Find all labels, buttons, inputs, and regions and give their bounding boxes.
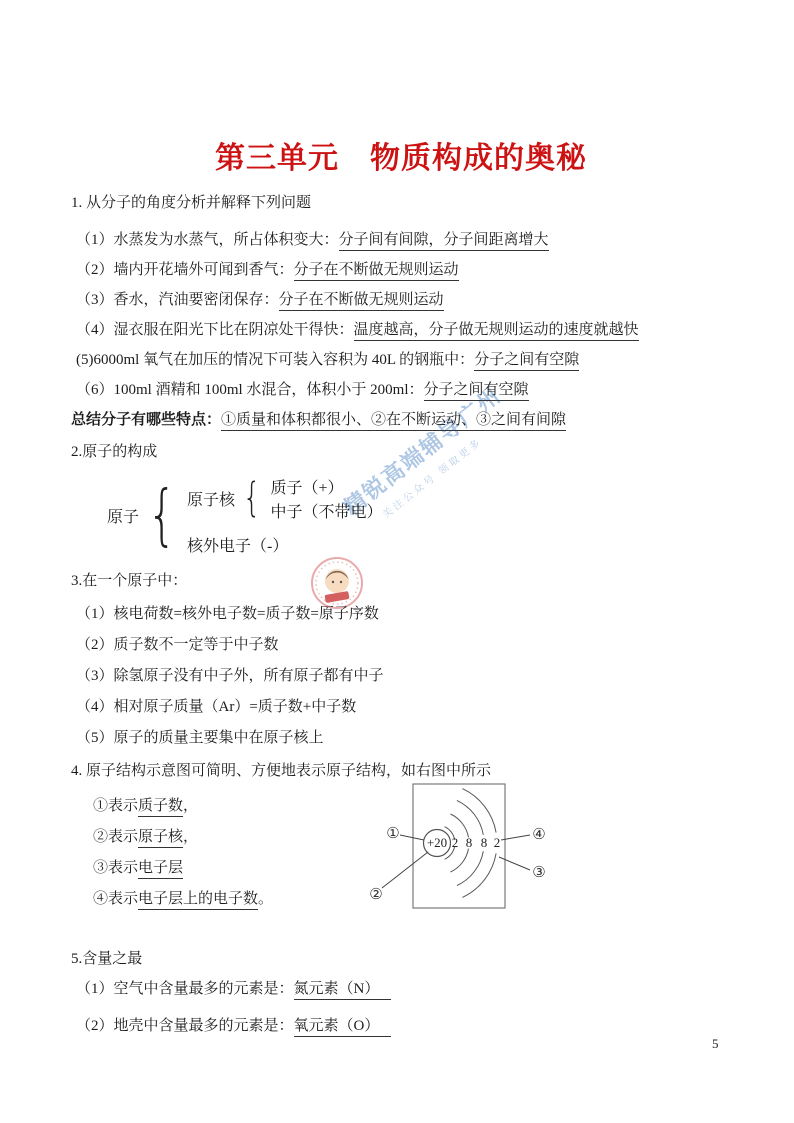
section3-heading: 3.在一个原子中： bbox=[71, 566, 731, 596]
list-item: （2）质子数不一定等于中子数 bbox=[71, 630, 731, 661]
svg-text:2: 2 bbox=[494, 835, 501, 850]
atom-composition-tree: 原子 原子核 质子（+） 中子（不带电） 核外电子（-） bbox=[107, 472, 731, 558]
answer-text: 分子在不断做无规则运动 bbox=[294, 262, 459, 281]
question-text: （1）水蒸发为水蒸气，所占体积变大： bbox=[76, 232, 339, 248]
document-content: 第三单元 物质构成的奥秘 1. 从分子的角度分析并解释下列问题 （1）水蒸发为水… bbox=[71, 140, 731, 1042]
tree-leaf-proton: 质子（+） bbox=[270, 475, 382, 498]
label-1-icon: ① bbox=[386, 824, 399, 842]
question-text: （6）100ml 酒精和 100ml 水混合，体积小于 200ml： bbox=[76, 382, 424, 398]
nucleus-charge-label: +20 bbox=[427, 835, 447, 850]
answer-text: 原子核 bbox=[138, 829, 183, 848]
svg-text:8: 8 bbox=[466, 835, 473, 850]
question-text: （2）地壳中含量最多的元素是： bbox=[76, 1018, 294, 1034]
label-3-icon: ③ bbox=[532, 863, 545, 881]
brace-icon bbox=[141, 482, 183, 548]
list-item: （4）相对原子质量（Ar）=质子数+中子数 bbox=[71, 692, 731, 723]
question-line: （1）水蒸发为水蒸气，所占体积变大：分子间有间隙，分子间距离增大 bbox=[71, 225, 731, 255]
atomic-structure-diagram: +20 2 8 8 2 bbox=[358, 778, 553, 918]
section2-heading: 2.原子的构成 bbox=[71, 437, 731, 467]
answer-text: 电子层上的电子数 bbox=[138, 891, 258, 910]
tree-root: 原子 bbox=[107, 504, 139, 527]
answer-text: 分子在不断做无规则运动 bbox=[279, 292, 444, 311]
summary-line: 总结分子有哪些特点：①质量和体积都很小、②在不断运动、③之间有间隙 bbox=[71, 405, 731, 435]
brace-icon bbox=[239, 478, 264, 518]
answer-text: 分子间有间隙，分子间距离增大 bbox=[339, 232, 549, 251]
section5-heading: 5.含量之最 bbox=[71, 944, 731, 974]
question-text: （3）香水，汽油要密闭保存： bbox=[76, 292, 279, 308]
page-title: 第三单元 物质构成的奥秘 bbox=[71, 140, 731, 178]
summary-answer: ①质量和体积都很小、②在不断运动、③之间有间隙 bbox=[221, 412, 566, 431]
label-4-icon: ④ bbox=[532, 825, 545, 843]
section4: 4. 原子结构示意图可简明、方便地表示原子结构，如右图中所示 ①表示质子数， ②… bbox=[71, 756, 731, 915]
answer-text: 分子之间有空隙 bbox=[424, 382, 529, 401]
question-line: （2）墙内开花墙外可闻到香气：分子在不断做无规则运动 bbox=[71, 255, 731, 285]
question-line: （3）香水，汽油要密闭保存：分子在不断做无规则运动 bbox=[71, 285, 731, 315]
document-page: 精锐高端辅导广州 关注公众号 领取更多 第三单元 物质构成的奥秘 1. 从分子的… bbox=[0, 0, 794, 1123]
svg-text:8: 8 bbox=[481, 835, 488, 850]
page-number: 5 bbox=[712, 1036, 719, 1052]
tree-leaf-neutron: 中子（不带电） bbox=[270, 499, 382, 522]
tree-branch-electron: 核外电子（-） bbox=[187, 533, 382, 556]
answer-text: 分子之间有空隙 bbox=[474, 352, 579, 371]
section1-heading: 1. 从分子的角度分析并解释下列问题 bbox=[71, 188, 731, 218]
question-text: （2）墙内开花墙外可闻到香气： bbox=[76, 262, 294, 278]
answer-text: 氮元素（N） bbox=[294, 981, 392, 1000]
question-text: （4）湿衣服在阳光下比在阴凉处干得快： bbox=[76, 322, 354, 338]
answer-text: 温度越高，分子做无规则运动的速度就越快 bbox=[354, 322, 639, 341]
list-item: （3）除氢原子没有中子外，所有原子都有中子 bbox=[71, 661, 731, 692]
label-2-icon: ② bbox=[369, 885, 382, 903]
question-line: （1）空气中含量最多的元素是：氮元素（N） bbox=[71, 974, 731, 1005]
question-line: （2）地壳中含量最多的元素是：氧元素（O） bbox=[71, 1011, 731, 1042]
answer-text: 氧元素（O） bbox=[294, 1018, 392, 1037]
question-line: （6）100ml 酒精和 100ml 水混合，体积小于 200ml：分子之间有空… bbox=[71, 375, 731, 405]
tree-branch-nucleus: 原子核 bbox=[187, 487, 235, 510]
answer-text: 质子数 bbox=[138, 798, 183, 817]
question-text: (5)6000ml 氧气在加压的情况下可装入容积为 40L 的钢瓶中： bbox=[76, 352, 474, 368]
question-line: （4）湿衣服在阳光下比在阴凉处干得快：温度越高，分子做无规则运动的速度就越快 bbox=[71, 315, 731, 345]
list-item: （5）原子的质量主要集中在原子核上 bbox=[71, 723, 731, 754]
question-line: (5)6000ml 氧气在加压的情况下可装入容积为 40L 的钢瓶中：分子之间有… bbox=[71, 345, 731, 375]
answer-text: 电子层 bbox=[138, 860, 183, 879]
list-item: （1）核电荷数=核外电子数=质子数=原子序数 bbox=[71, 599, 731, 630]
summary-label: 总结分子有哪些特点： bbox=[71, 411, 221, 428]
question-text: （1）空气中含量最多的元素是： bbox=[76, 981, 294, 997]
svg-text:2: 2 bbox=[452, 835, 459, 850]
